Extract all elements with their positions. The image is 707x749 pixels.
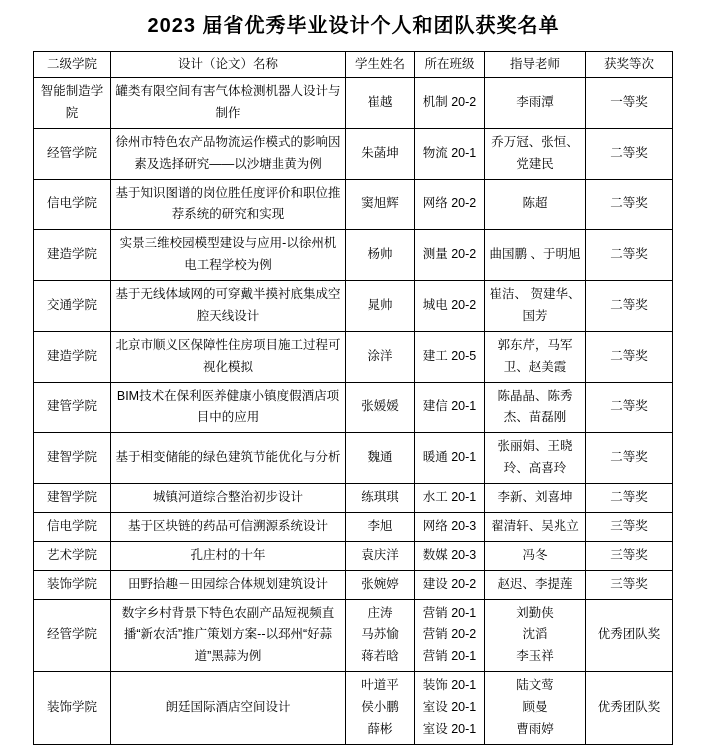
advisor-cell: 陈超 (485, 179, 586, 230)
design-title-cell: 徐州市特色农产品物流运作模式的影响因素及选择研究——以沙塘韭黄为例 (111, 128, 346, 179)
class-cell: 暖通 20-1 (415, 433, 485, 484)
student-name-cell: 叶道平 侯小鹏 薛彬 (346, 672, 415, 745)
college-cell: 建造学院 (34, 230, 111, 281)
award-level-cell: 优秀团队奖 (586, 672, 673, 745)
table-row: 装饰学院 朗廷国际酒店空间设计 叶道平 侯小鹏 薛彬 装饰 20-1 室设 20… (34, 672, 673, 745)
class-cell: 装饰 20-1 室设 20-1 室设 20-1 (415, 672, 485, 745)
college-cell: 信电学院 (34, 179, 111, 230)
award-level-cell: 二等奖 (586, 331, 673, 382)
college-cell: 建管学院 (34, 382, 111, 433)
header-advisor: 指导老师 (485, 52, 586, 78)
design-title-cell: BIM技术在保利医养健康小镇度假酒店项目中的应用 (111, 382, 346, 433)
advisor-cell: 陈晶晶、陈秀杰、苗磊刚 (485, 382, 586, 433)
award-level-cell: 三等奖 (586, 570, 673, 599)
college-cell: 艺术学院 (34, 541, 111, 570)
table-row: 建智学院 基于相变储能的绿色建筑节能优化与分析 魏通 暖通 20-1 张丽娟、王… (34, 433, 673, 484)
header-design-title: 设计（论文）名称 (111, 52, 346, 78)
table-row: 经管学院 数字乡村背景下特色农副产品短视频直播“新农活”推广策划方案--以邳州“… (34, 599, 673, 672)
advisor-cell: 陆文莺 顾曼 曹雨婷 (485, 672, 586, 745)
header-award-level: 获奖等次 (586, 52, 673, 78)
advisor-cell: 崔洁、 贺建华、国芳 (485, 281, 586, 332)
advisor-cell: 乔万冠、张恒、党建民 (485, 128, 586, 179)
table-row: 交通学院 基于无线体域网的可穿戴半摸衬底集成空腔天线设计 晁帅 城电 20-2 … (34, 281, 673, 332)
class-cell: 建工 20-5 (415, 331, 485, 382)
design-title-cell: 基于相变储能的绿色建筑节能优化与分析 (111, 433, 346, 484)
college-cell: 交通学院 (34, 281, 111, 332)
class-cell: 物流 20-1 (415, 128, 485, 179)
document-page: 2023 届省优秀毕业设计个人和团队获奖名单 二级学院 设计（论文）名称 学生姓… (0, 0, 707, 749)
student-name-cell: 张婉婷 (346, 570, 415, 599)
design-title-cell: 实景三维校园模型建设与应用-以徐州机电工程学校为例 (111, 230, 346, 281)
class-cell: 数媒 20-3 (415, 541, 485, 570)
award-level-cell: 一等奖 (586, 78, 673, 129)
design-title-cell: 基于无线体域网的可穿戴半摸衬底集成空腔天线设计 (111, 281, 346, 332)
awards-table: 二级学院 设计（论文）名称 学生姓名 所在班级 指导老师 获奖等次 智能制造学院… (33, 51, 673, 745)
class-cell: 网络 20-3 (415, 512, 485, 541)
student-name-cell: 杨帅 (346, 230, 415, 281)
student-name-cell: 涂洋 (346, 331, 415, 382)
header-class: 所在班级 (415, 52, 485, 78)
student-name-cell: 练琪琪 (346, 484, 415, 513)
student-name-cell: 朱菡坤 (346, 128, 415, 179)
college-cell: 经管学院 (34, 128, 111, 179)
design-title-cell: 数字乡村背景下特色农副产品短视频直播“新农活”推广策划方案--以邳州“好蒜道”黑… (111, 599, 346, 672)
table-body: 智能制造学院 罐类有限空间有害气体检测机器人设计与制作 崔越 机制 20-2 李… (34, 78, 673, 745)
design-title-cell: 罐类有限空间有害气体检测机器人设计与制作 (111, 78, 346, 129)
table-row: 装饰学院 田野拾趣－田园综合体规划建筑设计 张婉婷 建设 20-2 赵迟、李提莲… (34, 570, 673, 599)
design-title-cell: 田野拾趣－田园综合体规划建筑设计 (111, 570, 346, 599)
table-row: 建造学院 实景三维校园模型建设与应用-以徐州机电工程学校为例 杨帅 测量 20-… (34, 230, 673, 281)
header-college: 二级学院 (34, 52, 111, 78)
college-cell: 装饰学院 (34, 570, 111, 599)
student-name-cell: 晁帅 (346, 281, 415, 332)
table-row: 艺术学院 孔庄村的十年 袁庆洋 数媒 20-3 冯冬 三等奖 (34, 541, 673, 570)
student-name-cell: 窦旭辉 (346, 179, 415, 230)
college-cell: 信电学院 (34, 512, 111, 541)
class-cell: 城电 20-2 (415, 281, 485, 332)
table-row: 智能制造学院 罐类有限空间有害气体检测机器人设计与制作 崔越 机制 20-2 李… (34, 78, 673, 129)
design-title-cell: 基于知识图谱的岗位胜任度评价和职位推荐系统的研究和实现 (111, 179, 346, 230)
advisor-cell: 曲国鹏 、于明旭 (485, 230, 586, 281)
award-level-cell: 二等奖 (586, 382, 673, 433)
award-level-cell: 二等奖 (586, 128, 673, 179)
award-level-cell: 优秀团队奖 (586, 599, 673, 672)
student-name-cell: 张媛媛 (346, 382, 415, 433)
college-cell: 装饰学院 (34, 672, 111, 745)
advisor-cell: 翟清轩、吴兆立 (485, 512, 586, 541)
college-cell: 建造学院 (34, 331, 111, 382)
design-title-cell: 基于区块链的药品可信溯源系统设计 (111, 512, 346, 541)
award-level-cell: 二等奖 (586, 179, 673, 230)
advisor-cell: 郭东芹，马军卫、赵美霞 (485, 331, 586, 382)
advisor-cell: 张丽娟、王晓玲、高喜玲 (485, 433, 586, 484)
table-row: 建智学院 城镇河道综合整治初步设计 练琪琪 水工 20-1 李新、刘喜坤 二等奖 (34, 484, 673, 513)
award-level-cell: 二等奖 (586, 281, 673, 332)
award-level-cell: 二等奖 (586, 433, 673, 484)
header-student-name: 学生姓名 (346, 52, 415, 78)
advisor-cell: 刘勤侠 沈滔 李玉祥 (485, 599, 586, 672)
table-row: 建造学院 北京市顺义区保障性住房项目施工过程可视化模拟 涂洋 建工 20-5 郭… (34, 331, 673, 382)
college-cell: 建智学院 (34, 433, 111, 484)
class-cell: 测量 20-2 (415, 230, 485, 281)
student-name-cell: 李旭 (346, 512, 415, 541)
table-row: 信电学院 基于区块链的药品可信溯源系统设计 李旭 网络 20-3 翟清轩、吴兆立… (34, 512, 673, 541)
header-row: 二级学院 设计（论文）名称 学生姓名 所在班级 指导老师 获奖等次 (34, 52, 673, 78)
award-level-cell: 二等奖 (586, 484, 673, 513)
design-title-cell: 城镇河道综合整治初步设计 (111, 484, 346, 513)
class-cell: 建信 20-1 (415, 382, 485, 433)
table-row: 信电学院 基于知识图谱的岗位胜任度评价和职位推荐系统的研究和实现 窦旭辉 网络 … (34, 179, 673, 230)
college-cell: 智能制造学院 (34, 78, 111, 129)
class-cell: 营销 20-1 营销 20-2 营销 20-1 (415, 599, 485, 672)
college-cell: 经管学院 (34, 599, 111, 672)
class-cell: 网络 20-2 (415, 179, 485, 230)
advisor-cell: 赵迟、李提莲 (485, 570, 586, 599)
advisor-cell: 冯冬 (485, 541, 586, 570)
class-cell: 机制 20-2 (415, 78, 485, 129)
student-name-cell: 魏通 (346, 433, 415, 484)
award-level-cell: 三等奖 (586, 512, 673, 541)
design-title-cell: 北京市顺义区保障性住房项目施工过程可视化模拟 (111, 331, 346, 382)
page-title: 2023 届省优秀毕业设计个人和团队获奖名单 (0, 9, 707, 38)
design-title-cell: 孔庄村的十年 (111, 541, 346, 570)
student-name-cell: 袁庆洋 (346, 541, 415, 570)
table-row: 经管学院 徐州市特色农产品物流运作模式的影响因素及选择研究——以沙塘韭黄为例 朱… (34, 128, 673, 179)
advisor-cell: 李新、刘喜坤 (485, 484, 586, 513)
design-title-cell: 朗廷国际酒店空间设计 (111, 672, 346, 745)
advisor-cell: 李雨潭 (485, 78, 586, 129)
award-level-cell: 二等奖 (586, 230, 673, 281)
student-name-cell: 崔越 (346, 78, 415, 129)
table-row: 建管学院 BIM技术在保利医养健康小镇度假酒店项目中的应用 张媛媛 建信 20-… (34, 382, 673, 433)
award-level-cell: 三等奖 (586, 541, 673, 570)
college-cell: 建智学院 (34, 484, 111, 513)
student-name-cell: 庄涛 马苏愉 蒋若晗 (346, 599, 415, 672)
class-cell: 建设 20-2 (415, 570, 485, 599)
class-cell: 水工 20-1 (415, 484, 485, 513)
